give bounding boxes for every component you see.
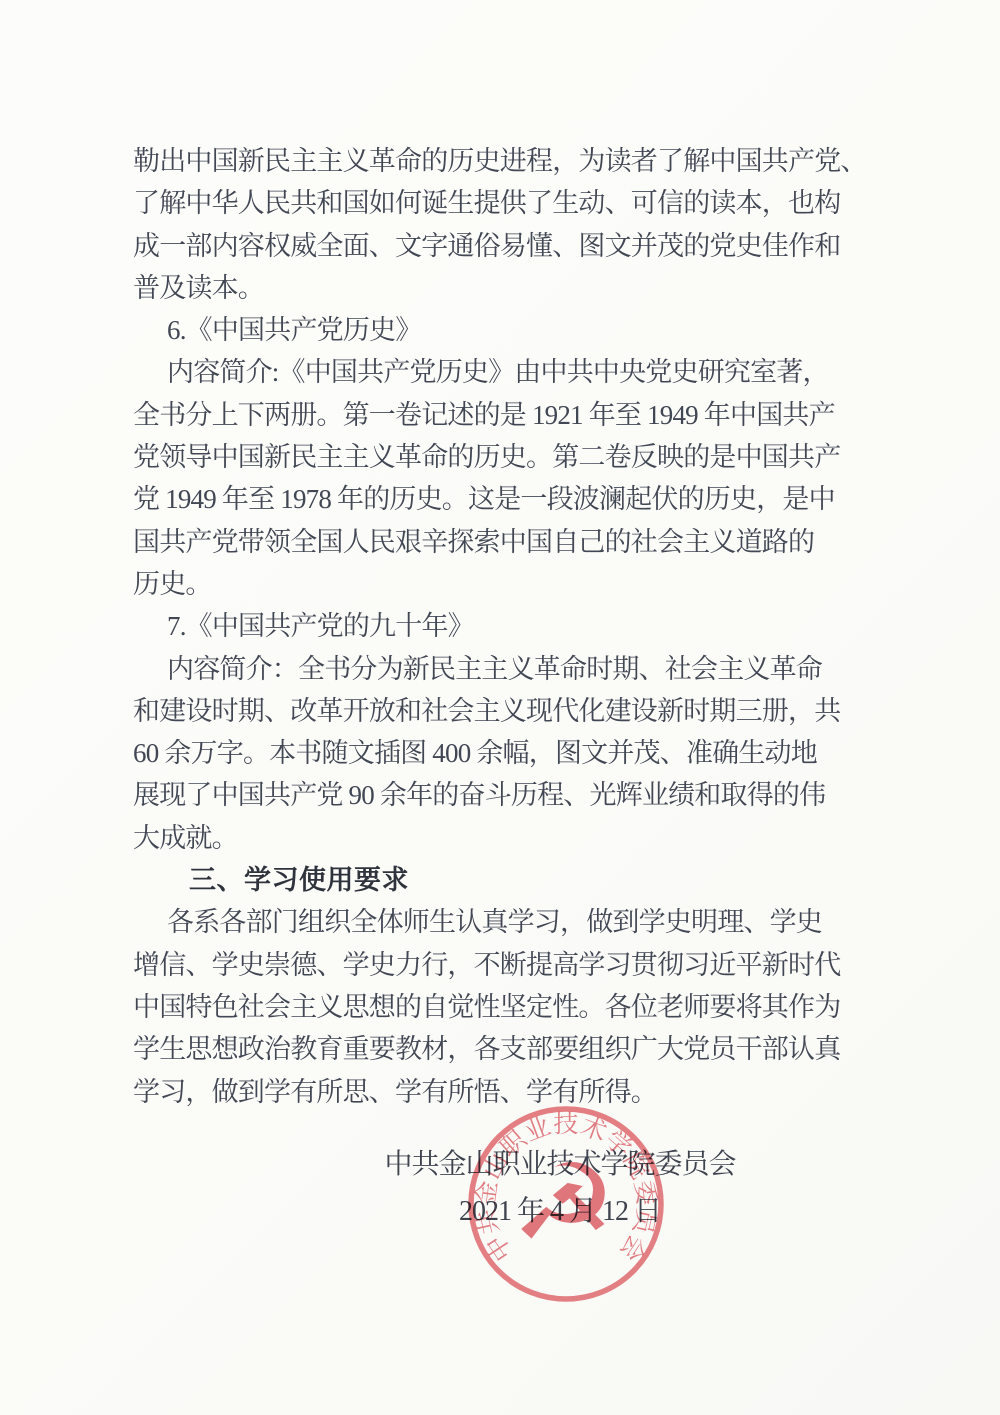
text-line: 成一部内容权威全面、文字通俗易懂、图文并茂的党史佳作和 — [133, 225, 873, 267]
document-body: 勒出中国新民主主义革命的历史进程，为读者了解中国共产党、了解中华人民共和国如何诞… — [133, 140, 873, 1113]
official-seal: 中共金山职业技术学院委员会 ☭ — [462, 1100, 670, 1308]
text-line: 历史。 — [133, 563, 873, 605]
text-line: 6.《中国共产党历史》 — [133, 309, 873, 351]
text-line: 内容简介：全书分为新民主主义革命时期、社会主义革命 — [133, 648, 873, 690]
document-page: 勒出中国新民主主义革命的历史进程，为读者了解中国共产党、了解中华人民共和国如何诞… — [0, 0, 1000, 1415]
text-line: 普及读本。 — [133, 267, 873, 309]
text-line: 了解中华人民共和国如何诞生提供了生动、可信的读本，也构 — [133, 182, 873, 224]
text-line: 和建设时期、改革开放和社会主义现代化建设新时期三册，共 — [133, 690, 873, 732]
text-line: 国共产党带领全国人民艰辛探索中国自己的社会主义道路的 — [133, 521, 873, 563]
text-line: 学生思想政治教育重要教材，各支部要组织广大党员干部认真 — [133, 1028, 873, 1070]
text-line: 大成就。 — [133, 817, 873, 859]
text-line: 增信、学史崇德、学史力行，不断提高学习贯彻习近平新时代 — [133, 944, 873, 986]
text-line: 各系各部门组织全体师生认真学习，做到学史明理、学史 — [133, 901, 873, 943]
text-line: 党 1949 年至 1978 年的历史。这是一段波澜起伏的历史，是中 — [133, 478, 873, 520]
text-line: 党领导中国新民主主义革命的历史。第二卷反映的是中国共产 — [133, 436, 873, 478]
text-line: 全书分上下两册。第一卷记述的是 1921 年至 1949 年中国共产 — [133, 394, 873, 436]
section-heading: 三、学习使用要求 — [133, 859, 873, 901]
text-line: 勒出中国新民主主义革命的历史进程，为读者了解中国共产党、 — [133, 140, 873, 182]
text-line: 7.《中国共产党的九十年》 — [133, 605, 873, 647]
text-line: 中国特色社会主义思想的自觉性坚定性。各位老师要将其作为 — [133, 986, 873, 1028]
text-line: 内容简介:《中国共产党历史》由中共中央党史研究室著， — [133, 351, 873, 393]
text-line: 60 余万字。本书随文插图 400 余幅，图文并茂、准确生动地 — [133, 732, 873, 774]
hammer-sickle-icon: ☭ — [507, 1134, 625, 1277]
text-line: 展现了中国共产党 90 余年的奋斗历程、光辉业绩和取得的伟 — [133, 774, 873, 816]
